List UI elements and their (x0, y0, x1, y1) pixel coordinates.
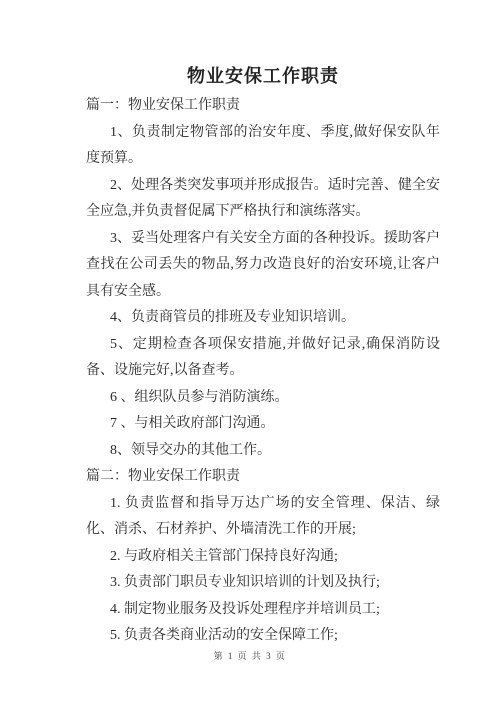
section-1-item-6: 6 、组织队员参与消防演练。 (86, 385, 440, 412)
section-2-item-3: 3. 负责部门职员专业知识培训的计划及执行; (86, 570, 440, 597)
section-1-item-4: 4、负责商管员的排班及专业知识培训。 (86, 305, 440, 332)
section-2-item-2: 2. 与政府相关主管部门保持良好沟通; (86, 544, 440, 571)
section-1-item-5: 5、定期检查各项保安措施,并做好记录,确保消防设备、设施完好,以备查考。 (86, 332, 440, 385)
section-2-item-4: 4. 制定物业服务及投诉处理程序并培训员工; (86, 597, 440, 624)
section-1-item-7: 7 、与相关政府部门沟通。 (86, 411, 440, 438)
section-1-heading: 篇一：物业安保工作职责 (86, 93, 440, 120)
section-1-item-3: 3、妥当处理客户有关安全方面的各种投诉。援助客户查找在公司丢失的物品,努力改造良… (86, 226, 440, 306)
section-1-item-1: 1、负责制定物管部的治安年度、季度,做好保安队年度预算。 (86, 120, 440, 173)
section-1-item-2: 2、处理各类突发事项并形成报告。适时完善、健全安全应急,并负责督促属下严格执行和… (86, 173, 440, 226)
section-2-item-1: 1. 负责监督和指导万达广场的安全管理、保洁、绿化、消杀、石材养护、外墙清洗工作… (86, 491, 440, 544)
section-2-item-5: 5. 负责各类商业活动的安全保障工作; (86, 623, 440, 650)
document-page: 物业安保工作职责 篇一：物业安保工作职责 1、负责制定物管部的治安年度、季度,做… (0, 0, 500, 707)
page-number-footer: 第 1 页 共 3 页 (0, 649, 500, 663)
section-2-heading: 篇二：物业安保工作职责 (86, 464, 440, 491)
section-1-item-8: 8、领导交办的其他工作。 (86, 438, 440, 465)
document-body: 篇一：物业安保工作职责 1、负责制定物管部的治安年度、季度,做好保安队年度预算。… (86, 93, 440, 650)
document-title: 物业安保工作职责 (86, 63, 440, 89)
